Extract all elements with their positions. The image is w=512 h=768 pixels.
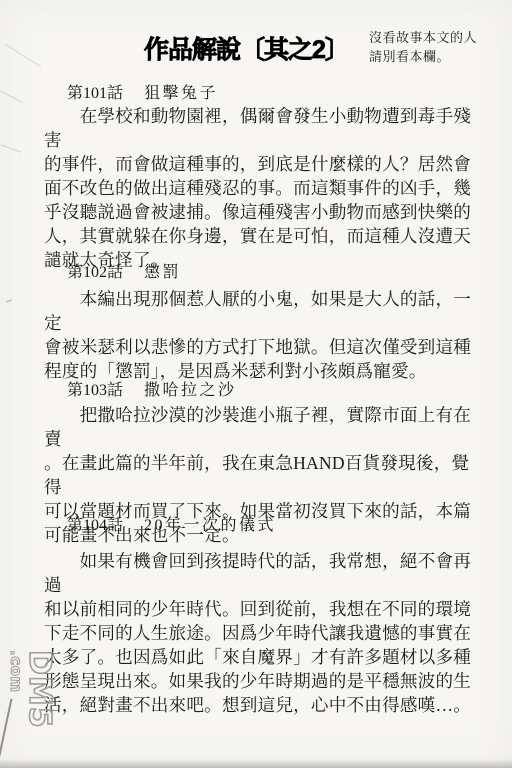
chapter-heading-103: 第103話 撒哈拉之沙 — [67, 377, 237, 400]
chapter-title: 20年一次的儀式 — [144, 517, 276, 534]
scan-scratch — [0, 88, 22, 103]
chapter-title: 懲罰 — [144, 264, 181, 281]
chapter-commentary-101: 在學校和動物園裡，偶爾會發生小動物遭到毒手殘害 的事件，而會做這種事的，到底是什… — [44, 104, 484, 272]
watermark-text-main: DM5 — [22, 650, 57, 729]
chapter-number: 第101話 — [67, 85, 123, 102]
chapter-number: 第103話 — [67, 382, 123, 399]
chapter-title: 撒哈拉之沙 — [144, 382, 237, 399]
dm5-watermark: DM5 .com — [8, 650, 54, 768]
page-title: 作品解說〔其之2〕 — [144, 30, 349, 66]
chapter-heading-104: 第104話 20年一次的儀式 — [67, 512, 276, 535]
chapter-title: 狙擊兔子 — [144, 85, 218, 102]
chapter-heading-101: 第101話 狙擊兔子 — [67, 80, 218, 103]
scan-scratch — [5, 44, 41, 67]
reader-warning-note: 沒看故事本文的人 請別看本欄。 — [369, 29, 499, 66]
chapter-number: 第104話 — [67, 517, 123, 534]
chapter-commentary-104: 如果有機會回到孩提時代的話，我常想，絕不會再過 和以前相同的少年時代。回到從前，… — [44, 549, 484, 717]
chapter-commentary-102: 本編出現那個惹人厭的小鬼，如果是大人的話，一定 會被米瑟利以悲慘的方式打下地獄。… — [44, 287, 484, 383]
bottom-scan-shadow — [0, 759, 512, 768]
chapter-heading-102: 第102話 懲罰 — [67, 259, 181, 282]
scanned-commentary-page: 作品解說〔其之2〕 沒看故事本文的人 請別看本欄。 第101話 狙擊兔子 在學校… — [0, 0, 512, 768]
scan-scratch — [0, 144, 21, 152]
watermark-text-suffix: .com — [7, 650, 25, 693]
scan-smudge — [6, 299, 12, 303]
chapter-number: 第102話 — [67, 264, 123, 281]
